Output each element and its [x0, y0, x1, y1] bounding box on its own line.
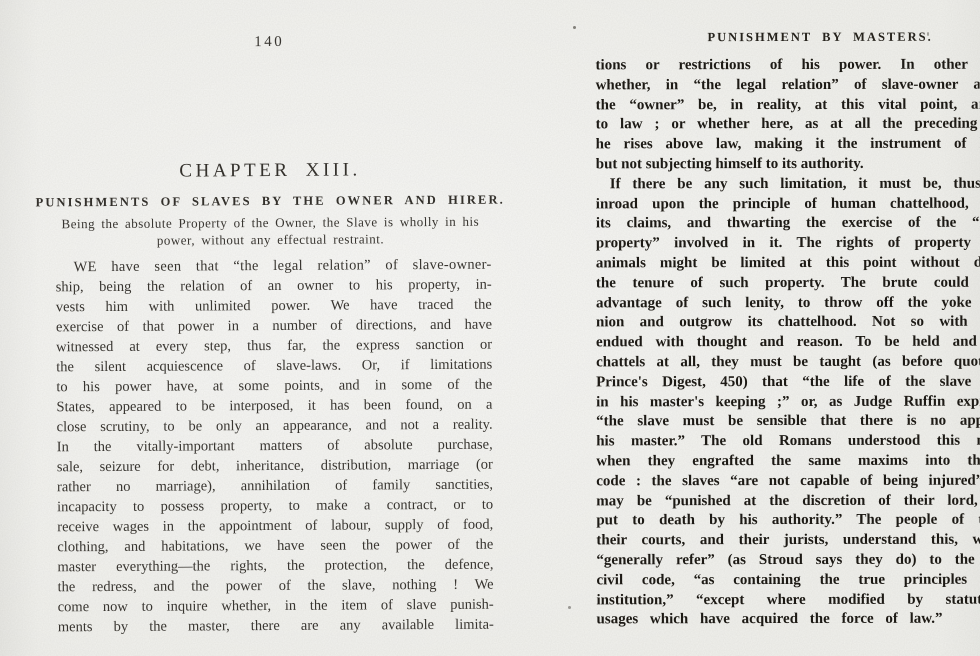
- text-line: property” involved in it. The rights of …: [596, 234, 980, 254]
- text-line: close scrutiny, to be only an appearance…: [57, 415, 493, 438]
- text-line: clothing, and habitations, we have seen …: [57, 535, 493, 558]
- text-line: incapacity to possess property, to make …: [57, 495, 493, 518]
- text-line: the silent acquiescence of slave-laws. O…: [56, 355, 492, 378]
- text-line: “generally refer” (as Stroud says they d…: [596, 551, 980, 571]
- scan-speck: [568, 606, 571, 609]
- text-line: in his master's keeping ;” or, as Judge …: [596, 392, 980, 412]
- text-line: the redress, and the power of the slave,…: [58, 575, 494, 598]
- text-line: whether, in “the legal relation” of slav…: [596, 75, 980, 95]
- epigraph-line: Being the absolute Property of the Owner…: [35, 214, 505, 233]
- text-line: institution,” “except where modified by …: [596, 590, 980, 610]
- text-line: their courts, and their jurists, underst…: [596, 531, 980, 551]
- text-line: WE have seen that “the legal relation” o…: [56, 255, 492, 278]
- chapter-heading: CHAPTER XIII.: [35, 159, 505, 184]
- left-page: 140 CHAPTER XIII. PUNISHMENTS OF SLAVES …: [34, 0, 508, 656]
- text-line: receive wages in the appointment of labo…: [57, 515, 493, 538]
- text-line: come now to inquire whether, in the item…: [58, 595, 494, 618]
- text-line: In the vitally-important matters of abso…: [57, 435, 493, 458]
- page-number: 140: [34, 33, 504, 53]
- running-header: PUNISHMENT BY MASTERS.: [707, 30, 932, 45]
- text-line: exercise of that power in a number of di…: [56, 315, 492, 338]
- text-line: put to death by his authority.” The peop…: [596, 511, 980, 531]
- text-line: animals might be limited at this point w…: [596, 254, 980, 274]
- text-line: civil code, “as containing the true prin…: [596, 570, 980, 590]
- text-line: ments by the master, there are any avail…: [58, 615, 494, 638]
- text-line: Prince's Digest, 450) that “the life of …: [596, 372, 980, 392]
- scan-speck: [573, 26, 576, 29]
- text-line: vests him with unlimited power. We have …: [56, 295, 492, 318]
- text-line: inroad upon the principle of human chatt…: [596, 194, 980, 214]
- text-line: the tenure of such property. The brute c…: [596, 273, 980, 293]
- text-line: nion and outgrow its chattelhood. Not so…: [596, 313, 980, 333]
- text-line: code : the slaves “are not capable of be…: [596, 471, 980, 491]
- right-page: PUNISHMENT BY MASTERS. tions or restrict…: [595, 0, 980, 656]
- text-line: to his power have, at some points, and i…: [56, 375, 492, 398]
- text-line: he rises above law, making it the instru…: [596, 135, 980, 155]
- text-line: tions or restrictions of his power. In o…: [596, 56, 980, 76]
- text-line: but not subjecting himself to its author…: [596, 155, 980, 175]
- text-line: “the slave must be sensible that there i…: [596, 412, 980, 432]
- text-line: when they engrafted the same maxims into…: [596, 452, 980, 472]
- text-line: ship, being the relation of an owner to …: [56, 275, 492, 298]
- text-line: may be “punished at the discretion of th…: [596, 491, 980, 511]
- text-line: advantage of such lenity, to throw off t…: [596, 293, 980, 313]
- text-line: States, appeared to be interposed, it ha…: [56, 395, 492, 418]
- text-line: chattels at all, they must be taught (as…: [596, 353, 980, 373]
- text-line: the “owner” be, in reality, at this vita…: [596, 95, 980, 115]
- text-line: endued with thought and reason. To be he…: [596, 333, 980, 353]
- text-line: his master.” The old Romans understood t…: [596, 432, 980, 452]
- text-line: its claims, and thwarting the exercise o…: [596, 214, 980, 234]
- text-line: usages which have acquired the force of …: [596, 610, 942, 630]
- text-line: If there be any such limitation, it must…: [596, 174, 980, 194]
- left-page-body: WE have seen that “the legal relation” o…: [56, 255, 494, 638]
- scan-speck: [927, 32, 929, 36]
- text-line: sale, seizure for debt, inheritance, dis…: [57, 455, 493, 478]
- text-line: to law ; or whether here, as at all the …: [596, 115, 980, 135]
- text-line: witnessed at every step, thus far, the e…: [56, 335, 492, 358]
- section-heading: PUNISHMENTS OF SLAVES BY THE OWNER AND H…: [35, 193, 505, 211]
- text-line: rather no marriage), annihilation of fam…: [57, 475, 493, 498]
- right-page-body: tions or restrictions of his power. In o…: [596, 56, 980, 631]
- epigraph-line: power, without any effectual restraint.: [35, 231, 505, 250]
- text-line: master everything—the rights, the protec…: [57, 555, 493, 578]
